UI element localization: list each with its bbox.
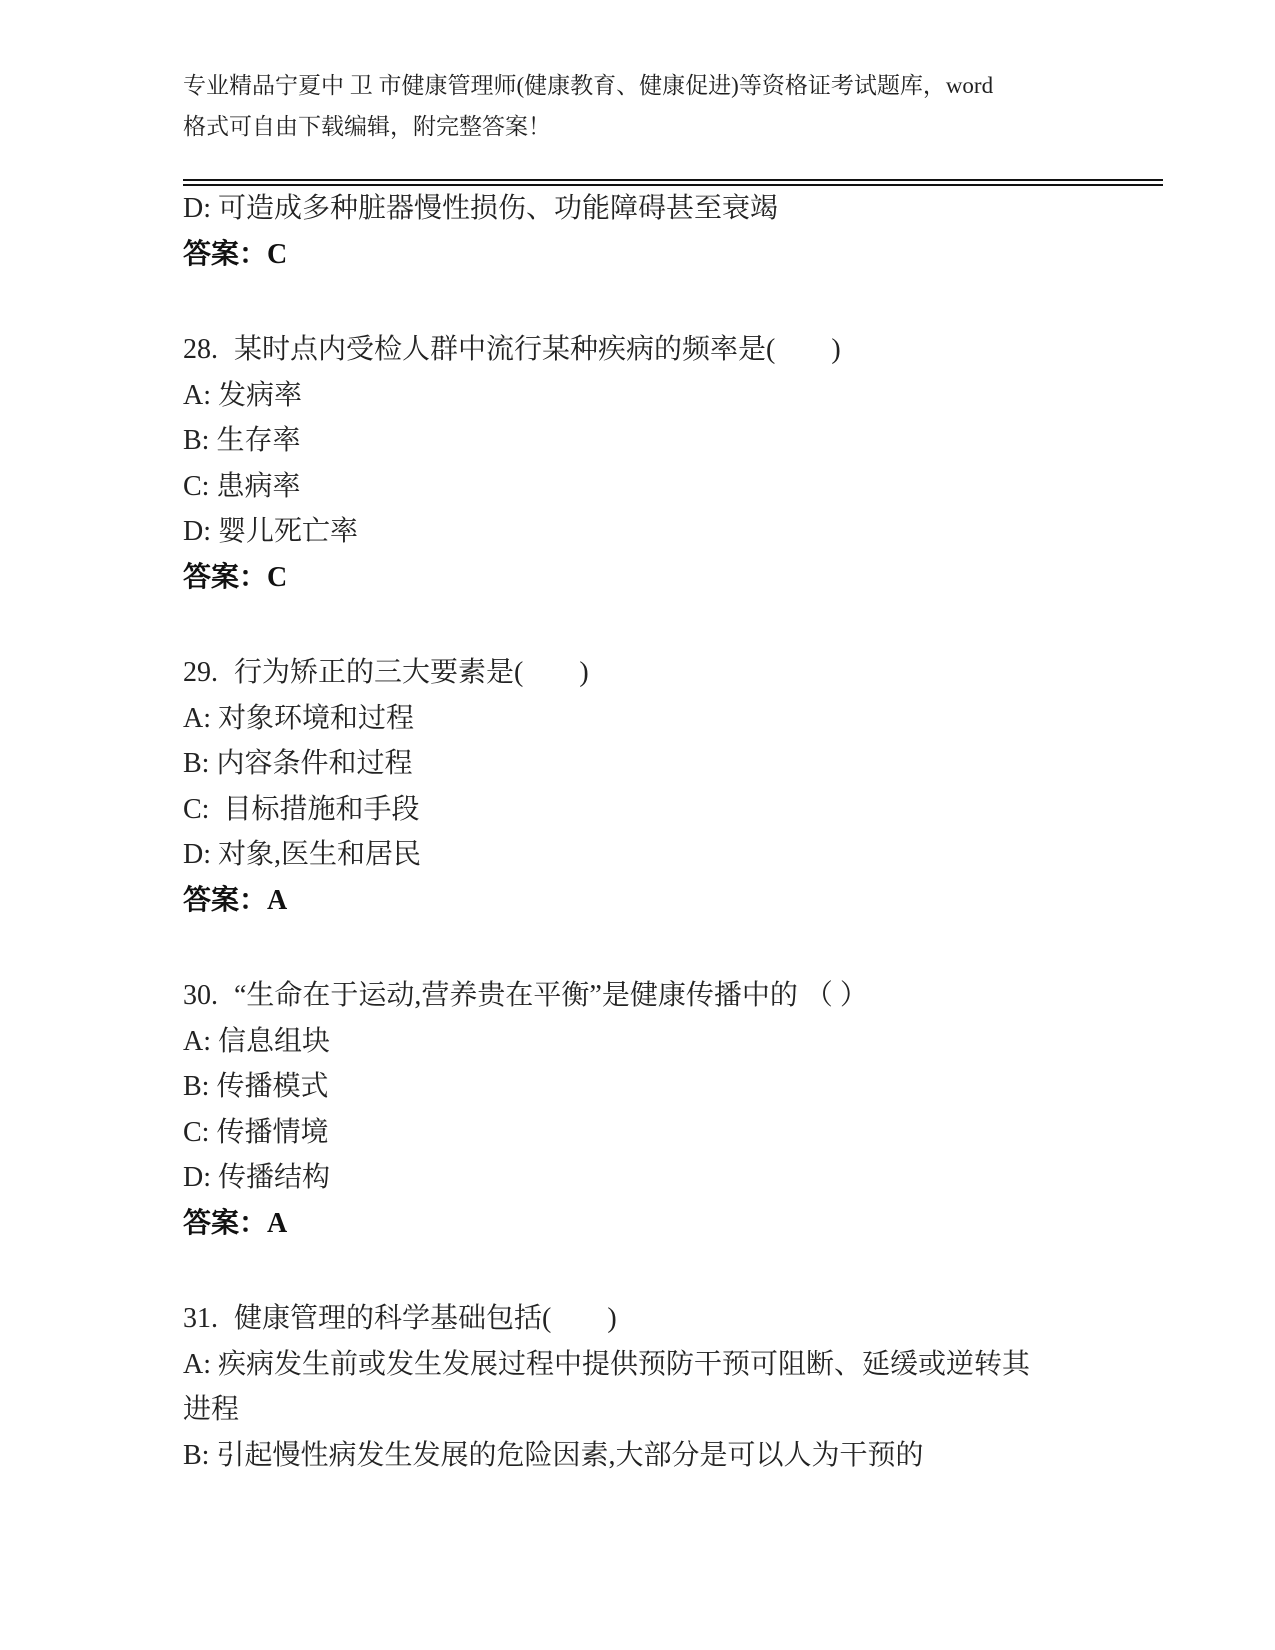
option-d: D: 传播结构 bbox=[183, 1155, 1105, 1201]
question-29: 29.行为矫正的三大要素是( ) A: 对象环境和过程 B: 内容条件和过程 C… bbox=[183, 650, 1105, 923]
answer-line: 答案：A bbox=[183, 1201, 1105, 1247]
question-title: 某时点内受检人群中流行某种疾病的频率是( ) bbox=[234, 334, 841, 365]
question-number: 28. bbox=[183, 327, 218, 373]
option-a: A: 疾病发生前或发生发展过程中提供预防干预可阻断、延缓或逆转其 进程 bbox=[183, 1342, 1105, 1433]
question-30: 30.“生命在于运动,营养贵在平衡”是健康传播中的 （ ） A: 信息组块 B:… bbox=[183, 973, 1105, 1246]
question-text: 28.某时点内受检人群中流行某种疾病的频率是( ) bbox=[183, 327, 1105, 373]
question-number: 31. bbox=[183, 1296, 218, 1342]
document-page: 专业精品宁夏中 卫 市健康管理师(健康教育、健康促进)等资格证考试题库，word… bbox=[0, 0, 1275, 1650]
document-body: D: 可造成多种脏器慢性损伤、功能障碍甚至衰竭 答案：C 28.某时点内受检人群… bbox=[0, 186, 1275, 1478]
option-a: A: 信息组块 bbox=[183, 1019, 1105, 1065]
question-title: 健康管理的科学基础包括( ) bbox=[234, 1303, 617, 1334]
question-title: “生命在于运动,营养贵在平衡”是健康传播中的 （ ） bbox=[234, 980, 868, 1011]
option-b: B: 生存率 bbox=[183, 418, 1105, 464]
question-27-partial: D: 可造成多种脏器慢性损伤、功能障碍甚至衰竭 答案：C bbox=[183, 186, 1105, 277]
question-title: 行为矫正的三大要素是( ) bbox=[234, 657, 589, 688]
header-divider bbox=[183, 179, 1163, 186]
question-text: 29.行为矫正的三大要素是( ) bbox=[183, 650, 1105, 696]
option-d: D: 对象,医生和居民 bbox=[183, 832, 1105, 878]
option-a: A: 对象环境和过程 bbox=[183, 696, 1105, 742]
option-d: D: 婴儿死亡率 bbox=[183, 509, 1105, 555]
header-line-1: 专业精品宁夏中 卫 市健康管理师(健康教育、健康促进)等资格证考试题库，word bbox=[183, 70, 1163, 101]
option-a: A: 发病率 bbox=[183, 373, 1105, 419]
answer-line: 答案：C bbox=[183, 555, 1105, 601]
question-31: 31.健康管理的科学基础包括( ) A: 疾病发生前或发生发展过程中提供预防干预… bbox=[183, 1296, 1105, 1478]
header-line-2: 格式可自由下载编辑，附完整答案！ bbox=[183, 111, 1163, 142]
question-text: 31.健康管理的科学基础包括( ) bbox=[183, 1296, 1105, 1342]
option-b: B: 传播模式 bbox=[183, 1064, 1105, 1110]
option-c: C: 患病率 bbox=[183, 464, 1105, 510]
question-28: 28.某时点内受检人群中流行某种疾病的频率是( ) A: 发病率 B: 生存率 … bbox=[183, 327, 1105, 600]
question-text: 30.“生命在于运动,营养贵在平衡”是健康传播中的 （ ） bbox=[183, 973, 1105, 1019]
option-b: B: 内容条件和过程 bbox=[183, 741, 1105, 787]
answer-line: 答案：C bbox=[183, 232, 1105, 278]
option-d: D: 可造成多种脏器慢性损伤、功能障碍甚至衰竭 bbox=[183, 186, 1105, 232]
option-b: B: 引起慢性病发生发展的危险因素,大部分是可以人为干预的 bbox=[183, 1433, 1105, 1479]
option-c: C: 目标措施和手段 bbox=[183, 787, 1105, 833]
answer-line: 答案：A bbox=[183, 878, 1105, 924]
question-number: 29. bbox=[183, 650, 218, 696]
option-c: C: 传播情境 bbox=[183, 1110, 1105, 1156]
question-number: 30. bbox=[183, 973, 218, 1019]
page-header: 专业精品宁夏中 卫 市健康管理师(健康教育、健康促进)等资格证考试题库，word… bbox=[0, 0, 1275, 186]
